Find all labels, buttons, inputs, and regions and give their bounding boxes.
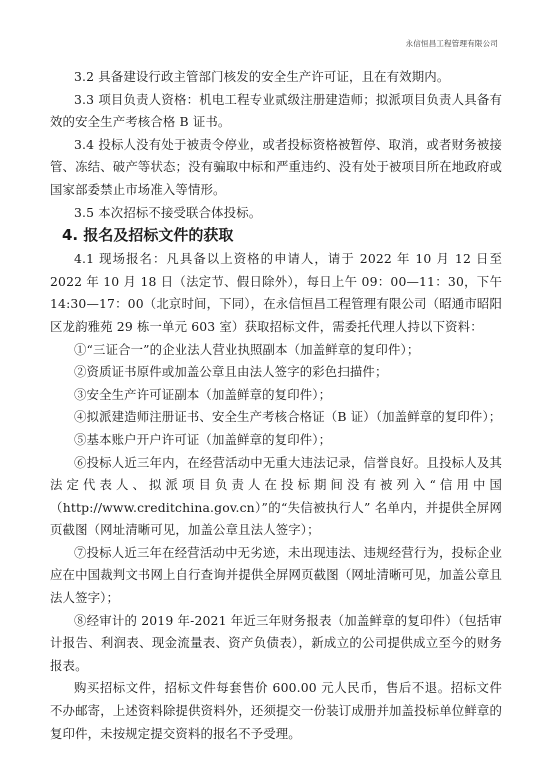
purchase-paragraph: 购买招标文件，招标文件每套售价 600.00 元人民币，售后不退。招标文件不办邮… [50, 677, 502, 745]
document-body: 3.2 具备建设行政主管部门核发的安全生产许可证，且在有效期内。 3.3 项目负… [50, 66, 502, 745]
paragraph-3-3: 3.3 项目负责人资格：机电工程专业贰级注册建造师；拟派项目负责人具备有效的安全… [50, 89, 502, 134]
paragraph-4-1: 4.1 现场报名：凡具备以上资格的申请人，请于 2022 年 10 月 12 日… [50, 248, 502, 338]
paragraph-3-2: 3.2 具备建设行政主管部门核发的安全生产许可证，且在有效期内。 [50, 66, 502, 89]
list-item-3: ③安全生产许可证副本（加盖鲜章的复印件）； [50, 384, 502, 407]
list-item-1: ①“三证合一”的企业法人营业执照副本（加盖鲜章的复印件）； [50, 339, 502, 362]
list-item-7: ⑦投标人近三年在经营活动中无劣迹，未出现违法、违规经营行为，投标企业应在中国裁判… [50, 542, 502, 610]
paragraph-3-4: 3.4 投标人没有处于被责令停业，或者投标资格被暂停、取消，或者财务被接管、冻结… [50, 134, 502, 202]
section-4-heading: 4. 报名及招标文件的获取 [50, 224, 502, 247]
list-item-6: ⑥投标人近三年内，在经营活动中无重大违法记录，信誉良好。且投标人及其法定代表人、… [50, 452, 502, 542]
list-item-2: ②资质证书原件或加盖公章且由法人签字的彩色扫描件； [50, 361, 502, 384]
list-item-8: ⑧经审计的 2019 年-2021 年近三年财务报表（加盖鲜章的复印件）（包括审… [50, 610, 502, 678]
list-item-4: ④拟派建造师注册证书、安全生产考核合格证（B 证）（加盖鲜章的复印件）； [50, 406, 502, 429]
list-item-5: ⑤基本账户开户许可证（加盖鲜章的复印件）； [50, 429, 502, 452]
page-header-company: 永信恒昌工程管理有限公司 [406, 38, 498, 49]
paragraph-3-5: 3.5 本次招标不接受联合体投标。 [50, 202, 502, 225]
